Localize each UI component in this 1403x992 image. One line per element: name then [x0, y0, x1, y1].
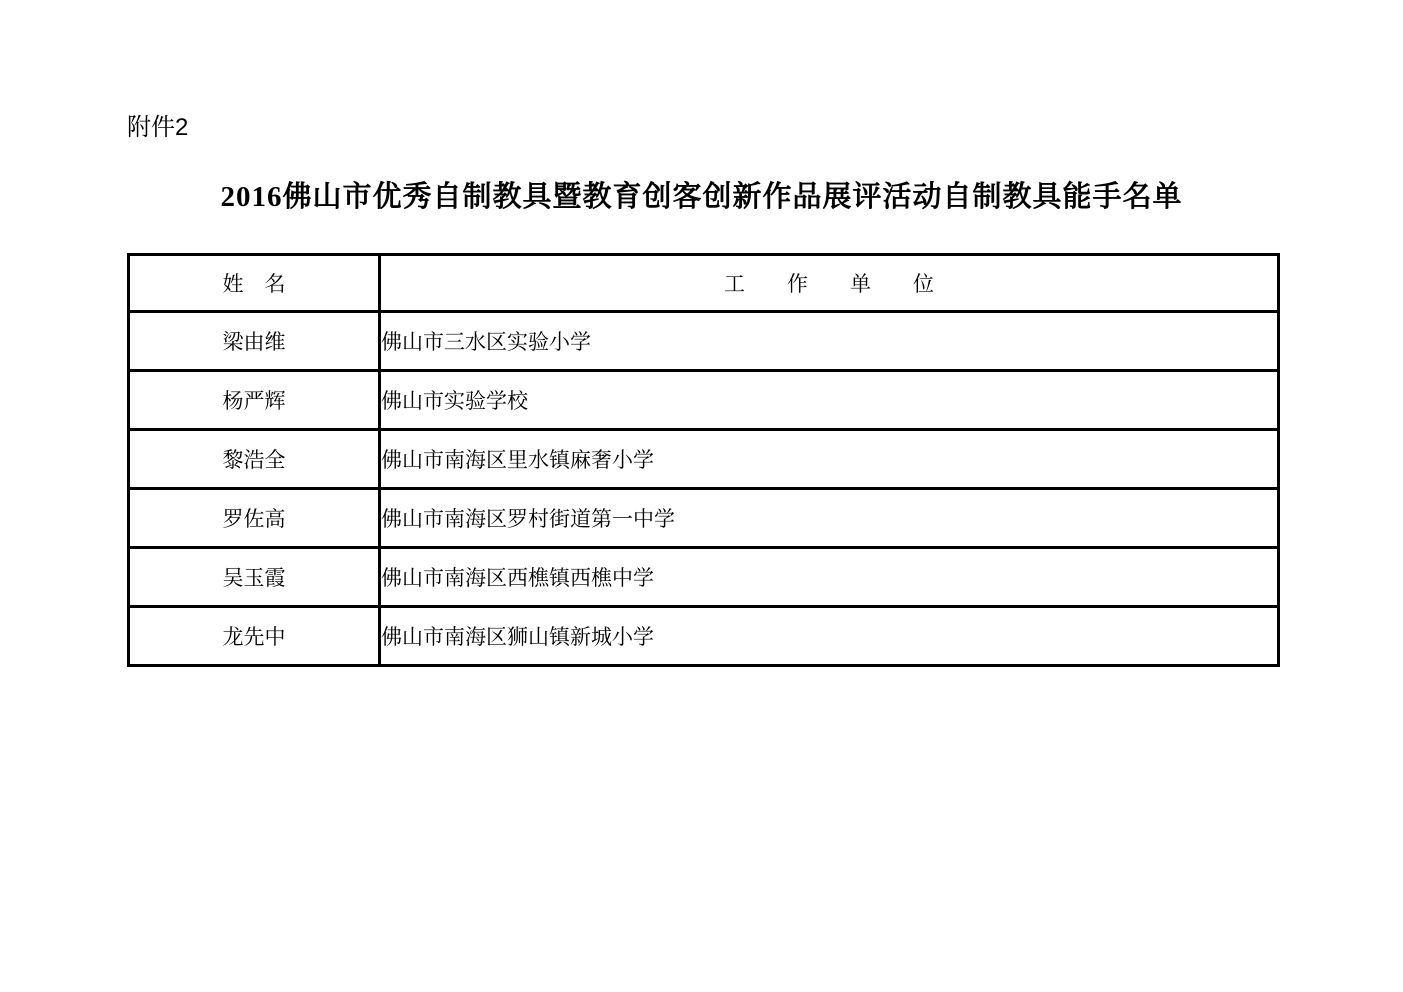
page-title: 2016佛山市优秀自制教具暨教育创客创新作品展评活动自制教具能手名单 [0, 178, 1403, 216]
table-row: 杨严辉 佛山市实验学校 [129, 371, 1279, 430]
awardee-work-unit: 佛山市南海区西樵镇西樵中学 [380, 548, 1279, 607]
header-work-unit: 工 作 单 位 [380, 255, 1279, 312]
table-body: 梁由维 佛山市三水区实验小学 杨严辉 佛山市实验学校 黎浩全 佛山市南海区里水镇… [129, 312, 1279, 666]
awardee-name: 杨严辉 [129, 371, 380, 430]
header-name: 姓 名 [129, 255, 380, 312]
awardee-name: 黎浩全 [129, 430, 380, 489]
table-header-row: 姓 名 工 作 单 位 [129, 255, 1279, 312]
table-row: 梁由维 佛山市三水区实验小学 [129, 312, 1279, 371]
awardee-name: 吴玉霞 [129, 548, 380, 607]
awardee-name: 龙先中 [129, 607, 380, 666]
awardee-work-unit: 佛山市三水区实验小学 [380, 312, 1279, 371]
awardee-name: 罗佐高 [129, 489, 380, 548]
awardee-work-unit: 佛山市实验学校 [380, 371, 1279, 430]
awardee-name: 梁由维 [129, 312, 380, 371]
attachment-label: 附件2 [127, 114, 188, 142]
table-row: 吴玉霞 佛山市南海区西樵镇西樵中学 [129, 548, 1279, 607]
table-row: 黎浩全 佛山市南海区里水镇麻奢小学 [129, 430, 1279, 489]
document-page: 附件2 2016佛山市优秀自制教具暨教育创客创新作品展评活动自制教具能手名单 姓… [0, 0, 1403, 992]
awardees-table: 姓 名 工 作 单 位 梁由维 佛山市三水区实验小学 杨严辉 佛山市实验学校 黎… [127, 253, 1280, 667]
awardee-work-unit: 佛山市南海区罗村街道第一中学 [380, 489, 1279, 548]
table-row: 龙先中 佛山市南海区狮山镇新城小学 [129, 607, 1279, 666]
awardee-work-unit: 佛山市南海区狮山镇新城小学 [380, 607, 1279, 666]
awardee-work-unit: 佛山市南海区里水镇麻奢小学 [380, 430, 1279, 489]
table-row: 罗佐高 佛山市南海区罗村街道第一中学 [129, 489, 1279, 548]
